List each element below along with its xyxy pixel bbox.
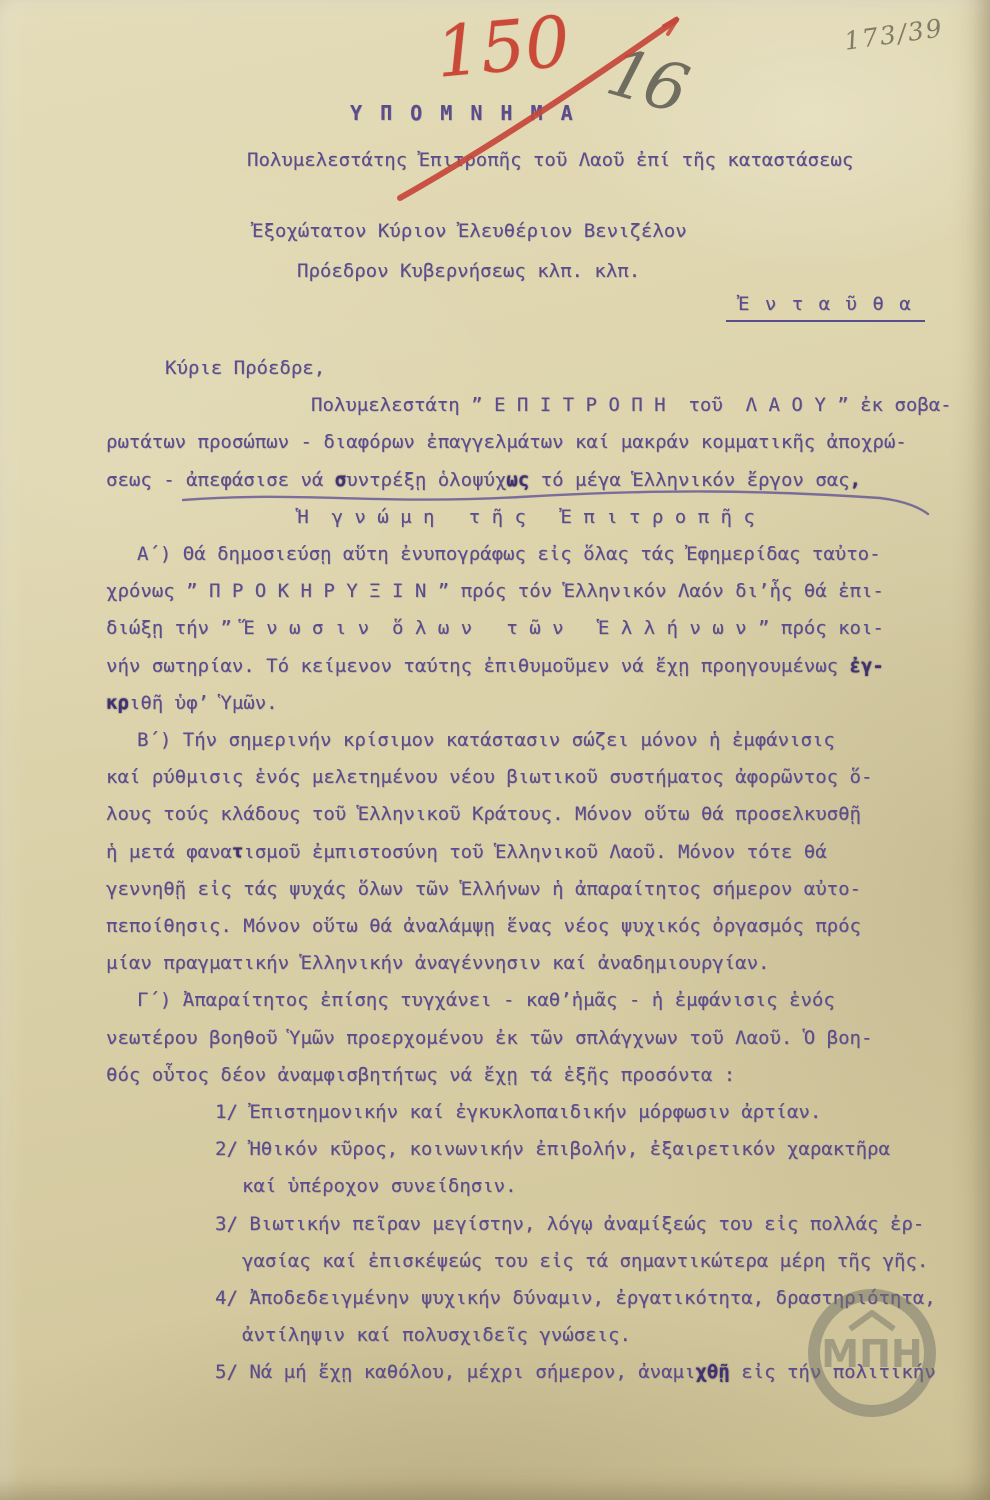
handwritten-gray-number: 16	[599, 33, 693, 128]
typed-line: διώξῃ τήν ” Ἕ ν ω σ ι ν ὅ λ ω ν τ ῶ ν Ἑ …	[106, 610, 946, 647]
memo-subtitle: Πολυμελεστάτης Ἐπιτροπῆς τοῦ Λαοῦ ἐπί τῆ…	[247, 149, 853, 171]
red-stroke-tip	[664, 18, 678, 34]
typed-line: Ἡ γ ν ώ μ η τ ῆ ς Ἐ π ι τ ρ ο π ῆ ς	[106, 499, 946, 536]
typed-line: γασίας καί ἐπισκέψεώς του εἰς τά σημαντι…	[242, 1243, 946, 1280]
scanned-memo-page: 150 16 173/39 Υ Π Ο Μ Ν Η Μ Α Πολυμελεστ…	[0, 0, 990, 1500]
place-line: Ἐ ν τ α ῦ θ α	[726, 293, 925, 322]
typed-line: πεποίθησις. Μόνον οὕτω θά ἀναλάμψῃ ἕνας …	[106, 908, 946, 945]
typed-line: 2/ Ἠθικόν κῦρος, κοινωνικήν ἐπιβολήν, ἐξ…	[215, 1131, 946, 1168]
typed-line: νεωτέρου βοηθοῦ Ὑμῶν προερχομένου ἐκ τῶν…	[106, 1020, 946, 1057]
typed-line: 1/ Ἐπιστημονικήν καί ἐγκυκλοπαιδικήν μόρ…	[215, 1094, 946, 1131]
archive-stamp-icon: ΜΠΗ	[806, 1287, 938, 1419]
typed-line: μίαν πραγματικήν Ἑλληνικήν ἀναγέννησιν κ…	[106, 945, 946, 982]
typed-line: Πολυμελεστάτη ” Ε Π Ι Τ Ρ Ο Π Η τοῦ Λ Α …	[311, 387, 946, 424]
typed-line: καί ὑπέροχον συνείδησιν.	[242, 1168, 946, 1205]
typed-line: κριθῆ ὑφ’ Ὑμῶν.	[106, 685, 946, 722]
memo-title: Υ Π Ο Μ Ν Η Μ Α	[350, 101, 576, 125]
typed-line: καί ρύθμισις ἑνός μελετημένου νέου βιωτι…	[106, 759, 946, 796]
typed-line: Β΄) Τήν σημερινήν κρίσιμον κατάστασιν σώ…	[137, 722, 946, 759]
addressee-role: Πρόεδρον Κυβερνήσεως κλπ. κλπ.	[297, 260, 640, 282]
typed-line: Γ΄) Ἀπαραίτητος ἐπίσης τυγχάνει - καθ’ἡμ…	[137, 982, 946, 1019]
typed-line: λους τούς κλάδους τοῦ Ἑλληνικοῦ Κράτους.…	[106, 796, 946, 833]
typed-line: θός οὗτος δέον ἀναμφισβητήτως νά ἔχῃ τά …	[106, 1057, 946, 1094]
stamp-letters: ΜΠΗ	[821, 1332, 922, 1376]
archive-reference-number: 173/39	[842, 13, 945, 56]
typed-line: νήν σωτηρίαν. Τό κείμενον ταύτης ἐπιθυμο…	[106, 648, 946, 685]
typed-line: ἡ μετά φανατισμοῦ ἐμπιστοσύνη τοῦ Ἑλληνι…	[106, 834, 946, 871]
typed-line: ρωτάτων προσώπων - διαφόρων ἐπαγγελμάτων…	[106, 424, 946, 461]
typed-line: 3/ Βιωτικήν πεῖραν μεγίστην, λόγῳ ἀναμίξ…	[215, 1206, 946, 1243]
handwritten-red-number: 150	[433, 0, 573, 93]
typed-line: Α΄) Θά δημοσιεύσῃ αὕτη ἐνυπογράφως εἰς ὅ…	[137, 536, 946, 573]
memo-body: Κύριε Πρόεδρε,Πολυμελεστάτη ” Ε Π Ι Τ Ρ …	[106, 350, 946, 1392]
typed-line: χρόνως ” Π Ρ Ο Κ Η Ρ Υ Ξ Ι Ν ” πρός τόν …	[106, 573, 946, 610]
addressee-name: Ἐξοχώτατον Κύριον Ἐλευθέριον Βενιζέλον	[252, 220, 687, 242]
typed-line: Κύριε Πρόεδρε,	[165, 350, 946, 387]
typed-line: γεννηθῇ εἰς τάς ψυχάς ὅλων τῶν Ἑλλήνων ἡ…	[106, 871, 946, 908]
typed-line: σεως - ἀπεφάσισε νά συντρέξῃ ὁλοψύχως τό…	[106, 462, 946, 499]
